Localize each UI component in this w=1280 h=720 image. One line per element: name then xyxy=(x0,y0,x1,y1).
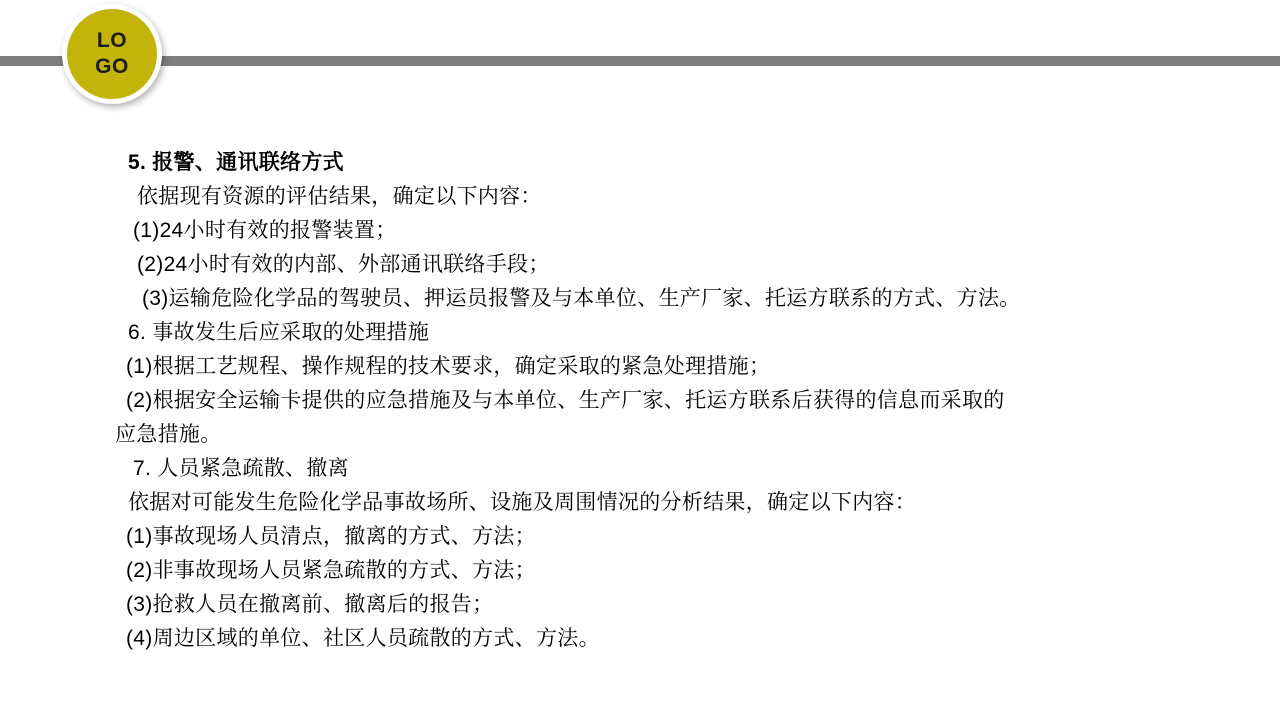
slide-body-text: 5. 报警、通讯联络方式 依据现有资源的评估结果，确定以下内容： (1)24小时… xyxy=(115,146,1245,656)
section-5-heading: 5. 报警、通讯联络方式 xyxy=(115,146,1245,180)
section-7-heading: 7. 人员紧急疏散、撤离 xyxy=(115,452,1245,486)
section-5-item-1: (1)24小时有效的报警装置； xyxy=(115,214,1245,248)
section-7-item-4: (4)周边区域的单位、社区人员疏散的方式、方法。 xyxy=(115,622,1245,656)
section-5-item-3: (3)运输危险化学品的驾驶员、押运员报警及与本单位、生产厂家、托运方联系的方式、… xyxy=(115,282,1245,316)
logo-text-line1: LO xyxy=(97,28,127,54)
header-divider-bar xyxy=(0,56,1280,66)
section-5-intro: 依据现有资源的评估结果，确定以下内容： xyxy=(115,180,1245,214)
logo-text-line2: GO xyxy=(95,54,129,80)
section-7-intro: 依据对可能发生危险化学品事故场所、设施及周围情况的分析结果，确定以下内容： xyxy=(115,486,1245,520)
section-6-item-2-cont: 应急措施。 xyxy=(115,418,1245,452)
section-7-item-3: (3)抢救人员在撤离前、撤离后的报告； xyxy=(115,588,1245,622)
section-7-item-2: (2)非事故现场人员紧急疏散的方式、方法； xyxy=(115,554,1245,588)
section-6-item-2: (2)根据安全运输卡提供的应急措施及与本单位、生产厂家、托运方联系后获得的信息而… xyxy=(115,384,1245,418)
section-6-item-1: (1)根据工艺规程、操作规程的技术要求，确定采取的紧急处理措施； xyxy=(115,350,1245,384)
section-7-item-1: (1)事故现场人员清点，撤离的方式、方法； xyxy=(115,520,1245,554)
logo-badge: LO GO xyxy=(62,4,162,104)
section-6-heading: 6. 事故发生后应采取的处理措施 xyxy=(115,316,1245,350)
section-5-item-2: (2)24小时有效的内部、外部通讯联络手段； xyxy=(115,248,1245,282)
slide: LO GO 5. 报警、通讯联络方式 依据现有资源的评估结果，确定以下内容： (… xyxy=(0,0,1280,720)
